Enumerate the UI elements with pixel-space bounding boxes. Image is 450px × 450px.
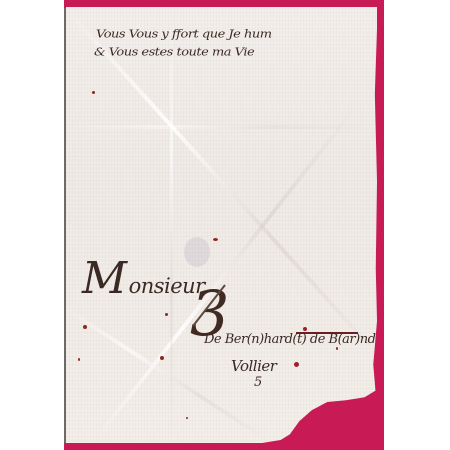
ink-spot [294,362,299,367]
fold-line [170,7,173,443]
ink-spot [92,91,95,94]
address-city-line: Vollier [231,357,276,375]
inner-text-line-1: Vous Vous y ffort que Je hum [96,28,272,41]
ink-spot [160,356,164,360]
salutation-initial: M [82,253,127,304]
inner-text-line-2: & Vous estes toute ma Vie [94,46,254,59]
ink-spot [83,325,87,329]
ink-spot [78,358,80,361]
postal-mark: 5 [254,375,262,390]
paper-edge-shadow [64,8,66,443]
letter-paper: Vous Vous y ffort que Je hum & Vous este… [66,7,377,443]
document-stage: Vous Vous y ffort que Je hum & Vous este… [0,0,450,450]
fold-line [66,125,377,129]
ink-spot [186,417,188,419]
address-salutation: Monsieur [82,253,205,304]
ink-spot [165,313,168,316]
address-name-line: De Ber(n)hard(t) de B(ar)nd [204,332,375,347]
ink-spot [213,238,218,241]
ink-spot [336,347,338,350]
ink-spot [303,327,307,331]
